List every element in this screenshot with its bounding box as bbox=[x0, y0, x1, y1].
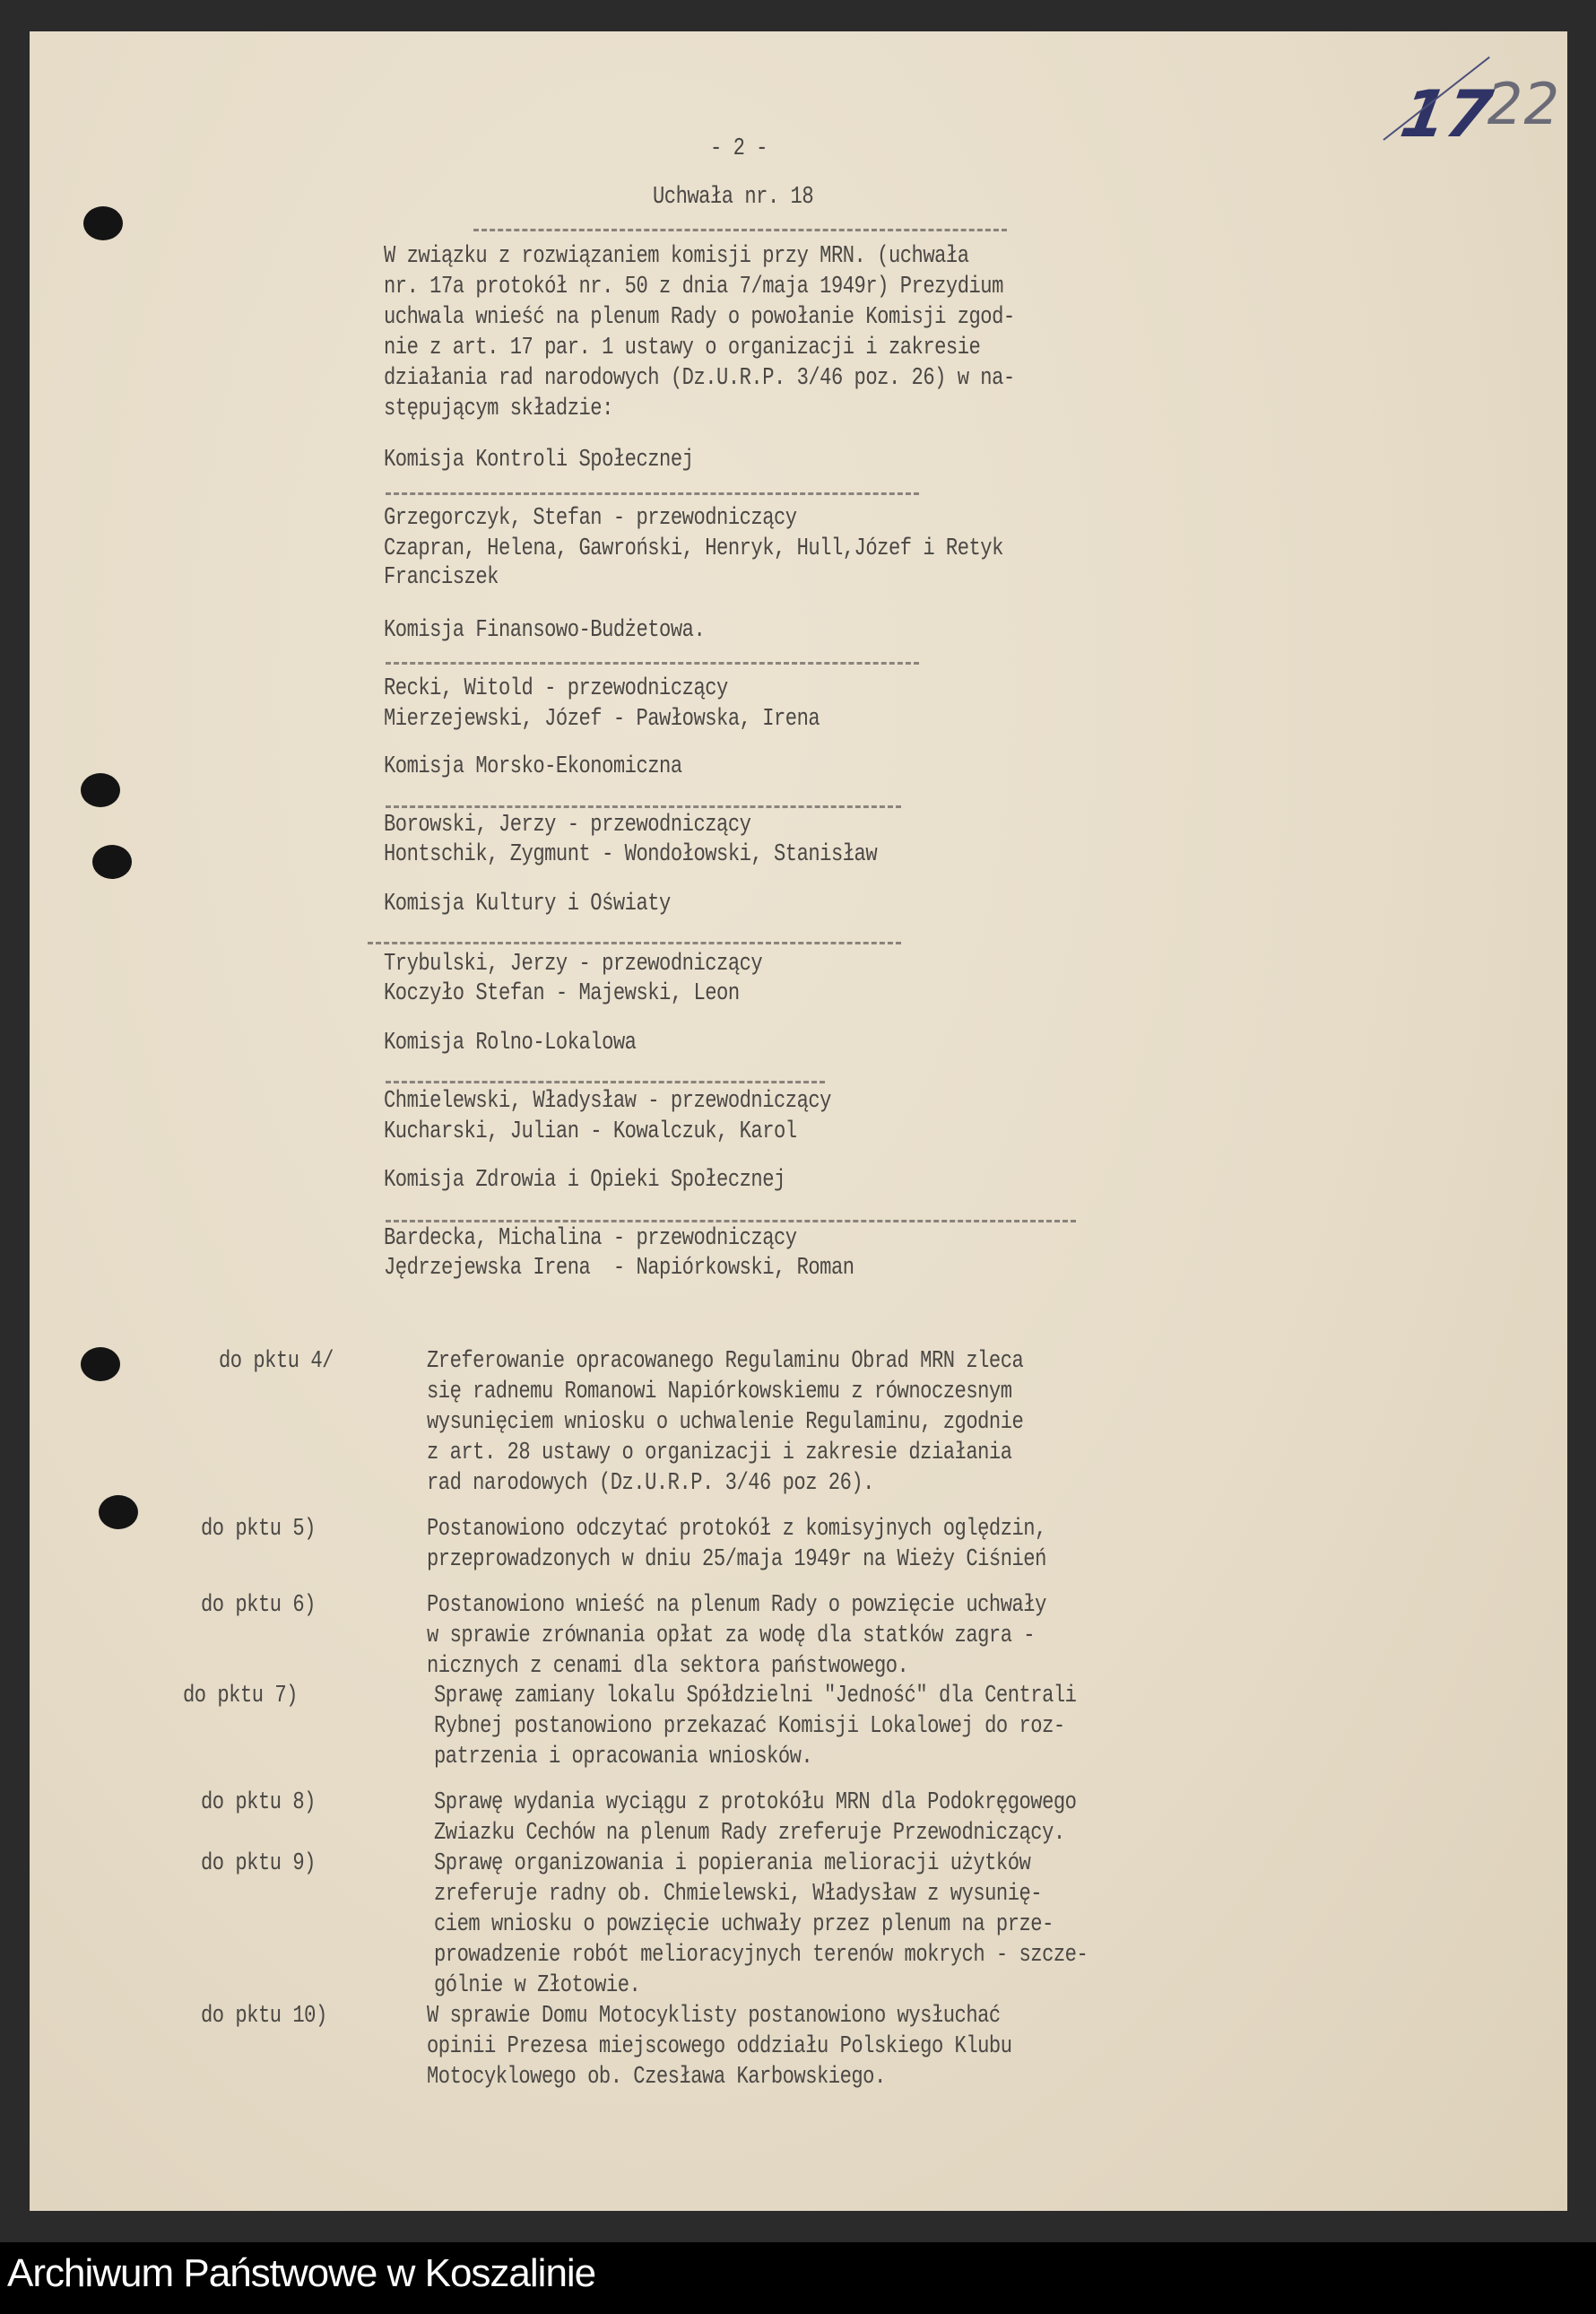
commission-member: Chmielewski, Władysław - przewodniczący bbox=[384, 1087, 831, 1116]
commission-heading: Komisja Kultury i Oświaty bbox=[384, 890, 671, 918]
point-line: z art. 28 ustawy o organizacji i zakresi… bbox=[427, 1439, 1012, 1467]
heading-underline bbox=[386, 1220, 1076, 1222]
punch-hole bbox=[83, 206, 123, 240]
heading-underline bbox=[368, 942, 901, 944]
commission-member: Koczyło Stefan - Majewski, Leon bbox=[384, 979, 740, 1008]
commission-member: Recki, Witold - przewodniczący bbox=[384, 674, 728, 703]
point-line: opinii Prezesa miejscowego oddziału Pols… bbox=[427, 2032, 1012, 2061]
commission-member: Trybulski, Jerzy - przewodniczący bbox=[384, 950, 762, 979]
point-line: ciem wniosku o powzięcie uchwały przez p… bbox=[434, 1910, 1054, 1939]
commission-heading: Komisja Kontroli Społecznej bbox=[384, 446, 693, 474]
point-line: Sprawę zamiany lokalu Spółdzielni "Jedno… bbox=[434, 1682, 1076, 1710]
heading-underline bbox=[386, 662, 919, 665]
intro-line: uchwala wnieść na plenum Rady o powołani… bbox=[384, 303, 1015, 332]
punch-hole bbox=[81, 773, 120, 807]
point-label: do pktu 10) bbox=[201, 2002, 327, 2031]
point-line: nicznych z cenami dla sektora państwoweg… bbox=[427, 1652, 908, 1681]
heading-underline bbox=[386, 805, 901, 808]
point-line: W sprawie Domu Motocyklisty postanowiono… bbox=[427, 2002, 1001, 2031]
point-label: do pktu 6) bbox=[201, 1591, 316, 1620]
commission-member: Czapran, Helena, Gawroński, Henryk, Hull… bbox=[384, 535, 1003, 563]
heading-underline bbox=[386, 1081, 825, 1083]
title-underline bbox=[473, 229, 1007, 231]
point-line: prowadzenie robót melioracyjnych terenów… bbox=[434, 1941, 1088, 1970]
intro-line: działania rad narodowych (Dz.U.R.P. 3/46… bbox=[384, 364, 1015, 393]
point-label: do pktu 4/ bbox=[219, 1347, 334, 1376]
point-line: Rybnej postanowiono przekazać Komisji Lo… bbox=[434, 1712, 1065, 1741]
point-line: gólnie w Złotowie. bbox=[434, 1971, 640, 2000]
commission-heading: Komisja Zdrowia i Opieki Społecznej bbox=[384, 1166, 785, 1195]
intro-line: nr. 17a protokół nr. 50 z dnia 7/maja 19… bbox=[384, 273, 1003, 301]
point-line: Zwiazku Cechów na plenum Rady zreferuje … bbox=[434, 1819, 1065, 1848]
point-line: wysunięciem wniosku o uchwalenie Regulam… bbox=[427, 1408, 1023, 1437]
point-label: do pktu 5) bbox=[201, 1515, 316, 1544]
commission-heading: Komisja Rolno-Lokalowa bbox=[384, 1029, 636, 1057]
commission-member: Mierzejewski, Józef - Pawłowska, Irena bbox=[384, 705, 820, 734]
handwritten-folio-new: 22 bbox=[1480, 72, 1565, 138]
point-line: rad narodowych (Dz.U.R.P. 3/46 poz 26). bbox=[427, 1469, 874, 1498]
point-line: zreferuje radny ob. Chmielewski, Władysł… bbox=[434, 1880, 1042, 1909]
point-label: do pktu 9) bbox=[201, 1849, 316, 1878]
commission-member: Franciszek bbox=[384, 563, 499, 592]
point-label: do pktu 8) bbox=[201, 1788, 316, 1817]
point-line: się radnemu Romanowi Napiórkowskiemu z r… bbox=[427, 1378, 1012, 1406]
commission-member: Hontschik, Zygmunt - Wondołowski, Stanis… bbox=[384, 840, 877, 869]
point-line: w sprawie zrównania opłat za wodę dla st… bbox=[427, 1622, 1035, 1650]
point-line: Motocyklowego ob. Czesława Karbowskiego. bbox=[427, 2063, 886, 2092]
resolution-title: Uchwała nr. 18 bbox=[653, 183, 813, 212]
point-label: do pktu 7) bbox=[183, 1682, 298, 1710]
punch-hole bbox=[99, 1495, 138, 1529]
commission-member: Kucharski, Julian - Kowalczuk, Karol bbox=[384, 1118, 797, 1146]
point-line: Postanowiono wnieść na plenum Rady o pow… bbox=[427, 1591, 1046, 1620]
point-line: Sprawę organizowania i popierania melior… bbox=[434, 1849, 1030, 1878]
point-line: Sprawę wydania wyciągu z protokółu MRN d… bbox=[434, 1788, 1076, 1817]
commission-member: Bardecka, Michalina - przewodniczący bbox=[384, 1224, 797, 1253]
point-line: patrzenia i opracowania wniosków. bbox=[434, 1743, 812, 1771]
heading-underline bbox=[386, 492, 919, 495]
punch-hole bbox=[92, 845, 132, 879]
commission-heading: Komisja Morsko-Ekonomiczna bbox=[384, 752, 682, 781]
commission-member: Grzegorczyk, Stefan - przewodniczący bbox=[384, 504, 797, 533]
intro-line: stępującym składzie: bbox=[384, 395, 613, 423]
archive-name: Archiwum Państwowe w Koszalinie bbox=[7, 2251, 595, 2296]
page-number: - 2 - bbox=[710, 135, 768, 163]
archive-footer: Archiwum Państwowe w Koszalinie bbox=[0, 2242, 1596, 2314]
intro-line: W związku z rozwiązaniem komisji przy MR… bbox=[384, 242, 969, 271]
point-line: Zreferowanie opracowanego Regulaminu Obr… bbox=[427, 1347, 1023, 1376]
commission-heading: Komisja Finansowo-Budżetowa. bbox=[384, 616, 705, 645]
punch-hole bbox=[81, 1347, 120, 1381]
point-line: Postanowiono odczytać protokół z komisyj… bbox=[427, 1515, 1046, 1544]
commission-member: Jędrzejewska Irena - Napiórkowski, Roman bbox=[384, 1254, 854, 1283]
commission-member: Borowski, Jerzy - przewodniczący bbox=[384, 811, 750, 839]
point-line: przeprowadzonych w dniu 25/maja 1949r na… bbox=[427, 1545, 1046, 1574]
intro-line: nie z art. 17 par. 1 ustawy o organizacj… bbox=[384, 334, 980, 362]
